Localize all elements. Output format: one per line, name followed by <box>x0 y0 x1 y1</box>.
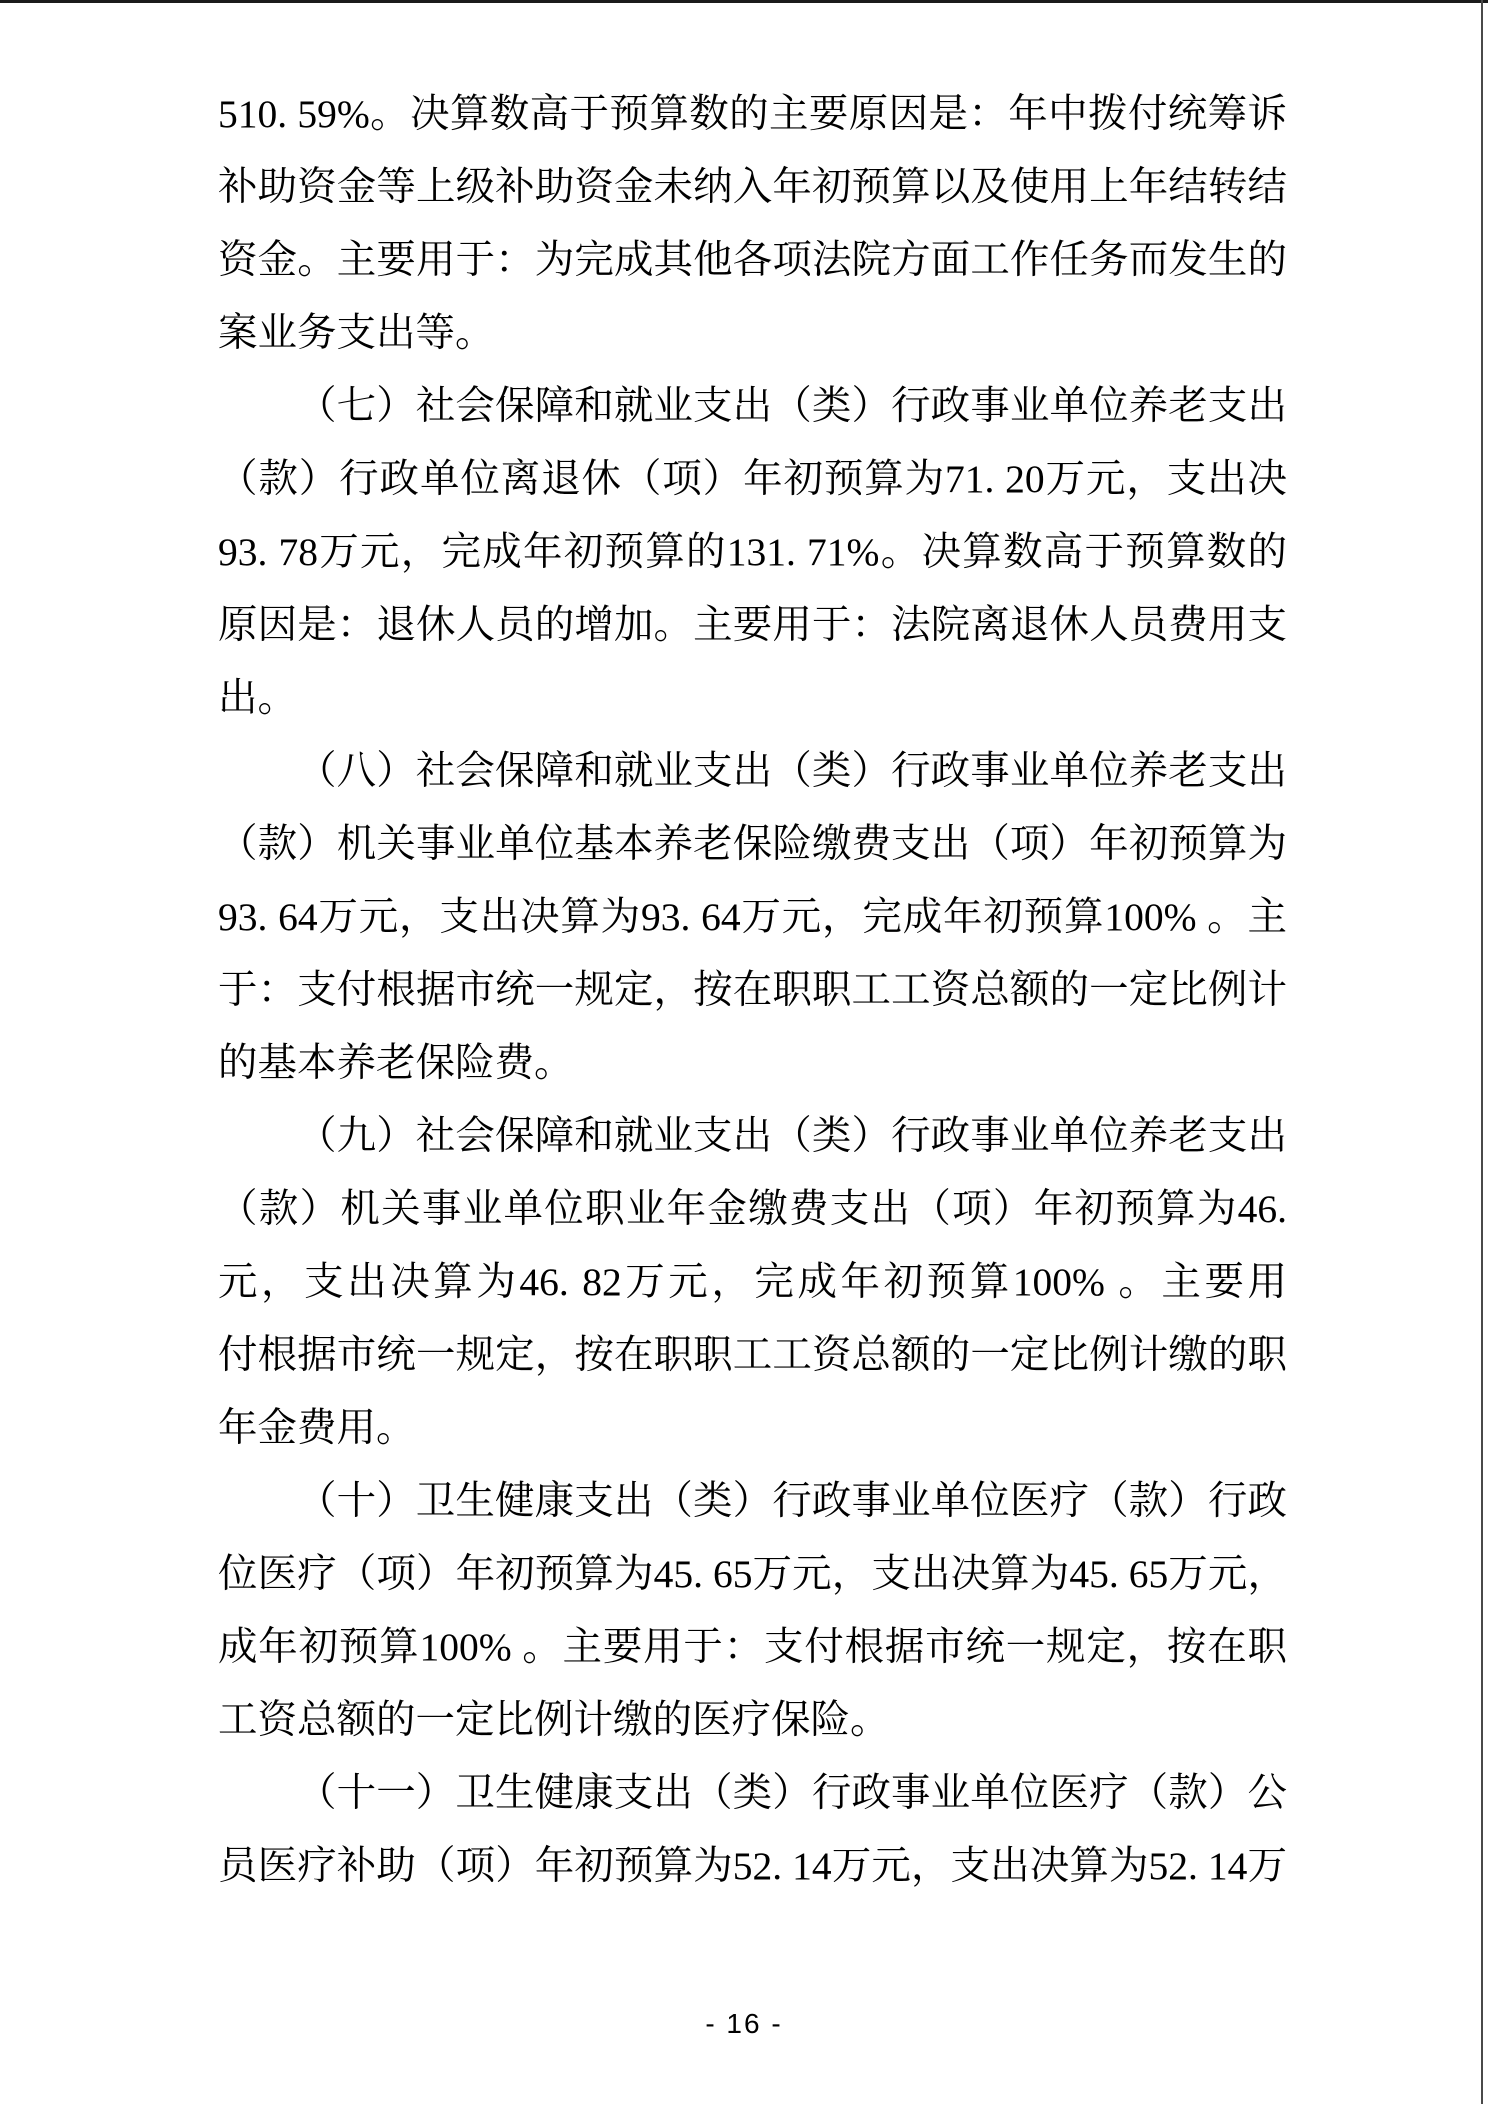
text-line: （款）行政单位离退休（项）年初预算为71. 20万元，支出决算为 <box>218 443 1287 516</box>
text-line: （十）卫生健康支出（类）行政事业单位医疗（款）行政单 <box>218 1465 1287 1538</box>
page-number: - 16 - <box>0 2008 1488 2040</box>
text-line: 93. 64万元，支出决算为93. 64万元，完成年初预算100% 。主要用 <box>218 881 1287 954</box>
text-line: 补助资金等上级补助资金未纳入年初预算以及使用上年结转结余 <box>218 151 1287 224</box>
text-line: 成年初预算100% 。主要用于：支付根据市统一规定，按在职职工 <box>218 1611 1287 1684</box>
text-line: 员医疗补助（项）年初预算为52. 14万元，支出决算为52. 14万 <box>218 1830 1287 1903</box>
document-page: 510. 59%。决算数高于预算数的主要原因是：年中拨付统筹诉讼费补助资金等上级… <box>0 0 1488 2104</box>
text-line: 93. 78万元，完成年初预算的131. 71%。决算数高于预算数的主要 <box>218 516 1287 589</box>
text-line: （款）机关事业单位基本养老保险缴费支出（项）年初预算为 <box>218 808 1287 881</box>
paragraph: 510. 59%。决算数高于预算数的主要原因是：年中拨付统筹诉讼费补助资金等上级… <box>218 78 1287 370</box>
paragraph: （八）社会保障和就业支出（类）行政事业单位养老支出（款）机关事业单位基本养老保险… <box>218 735 1287 1100</box>
text-line: 原因是：退休人员的增加。主要用于：法院离退休人员费用支 <box>218 589 1287 662</box>
text-line: 案业务支出等。 <box>218 297 1287 370</box>
text-line: 工资总额的一定比例计缴的医疗保险。 <box>218 1684 1287 1757</box>
scan-right-edge <box>1481 0 1483 2104</box>
text-line: （七）社会保障和就业支出（类）行政事业单位养老支出 <box>218 370 1287 443</box>
scan-top-edge <box>0 0 1488 3</box>
text-line: 510. 59%。决算数高于预算数的主要原因是：年中拨付统筹诉讼费 <box>218 78 1287 151</box>
text-line: 资金。主要用于：为完成其他各项法院方面工作任务而发生的办 <box>218 224 1287 297</box>
text-line: （款）机关事业单位职业年金缴费支出（项）年初预算为46. 82万 <box>218 1173 1287 1246</box>
text-line: 的基本养老保险费。 <box>218 1027 1287 1100</box>
text-line: （十一）卫生健康支出（类）行政事业单位医疗（款）公务 <box>218 1757 1287 1830</box>
text-line: 年金费用。 <box>218 1392 1287 1465</box>
text-line: 出。 <box>218 662 1287 735</box>
text-line: 元，支出决算为46. 82万元，完成年初预算100% 。主要用于：支 <box>218 1246 1287 1319</box>
text-line: （八）社会保障和就业支出（类）行政事业单位养老支出 <box>218 735 1287 808</box>
text-line: 付根据市统一规定，按在职职工工资总额的一定比例计缴的职业 <box>218 1319 1287 1392</box>
paragraph: （十一）卫生健康支出（类）行政事业单位医疗（款）公务员医疗补助（项）年初预算为5… <box>218 1757 1287 1903</box>
text-line: 于：支付根据市统一规定，按在职职工工资总额的一定比例计缴 <box>218 954 1287 1027</box>
text-body: 510. 59%。决算数高于预算数的主要原因是：年中拨付统筹诉讼费补助资金等上级… <box>218 78 1287 1903</box>
text-line: 位医疗（项）年初预算为45. 65万元，支出决算为45. 65万元，完 <box>218 1538 1287 1611</box>
text-line: （九）社会保障和就业支出（类）行政事业单位养老支出 <box>218 1100 1287 1173</box>
paragraph: （七）社会保障和就业支出（类）行政事业单位养老支出（款）行政单位离退休（项）年初… <box>218 370 1287 735</box>
paragraph: （十）卫生健康支出（类）行政事业单位医疗（款）行政单位医疗（项）年初预算为45.… <box>218 1465 1287 1757</box>
paragraph: （九）社会保障和就业支出（类）行政事业单位养老支出（款）机关事业单位职业年金缴费… <box>218 1100 1287 1465</box>
